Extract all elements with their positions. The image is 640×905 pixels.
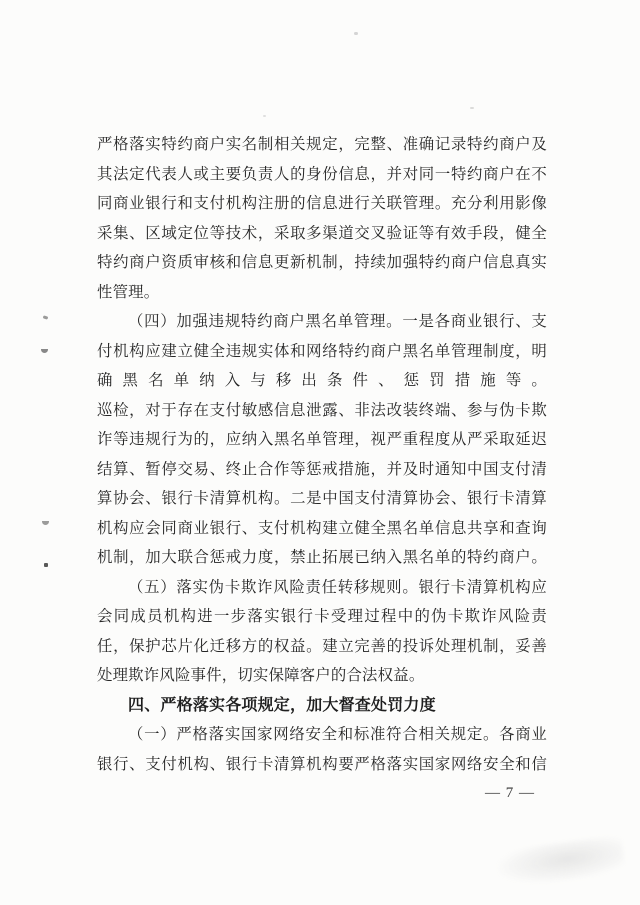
page-number: — 7 — [455,783,565,803]
text-line: 确黑名单纳入与移出条件、惩罚措施等。加强对特约商户的监测、 [97,366,547,396]
text-line: （五）落实伪卡欺诈风险责任转移规则。银行卡清算机构应 [97,573,547,603]
text-line: 算协会、银行卡清算机构。二是中国支付清算协会、银行卡清算 [97,484,547,514]
scan-speck [41,349,48,353]
text-line: 结算、暂停交易、终止合作等惩戒措施，并及时通知中国支付清 [97,455,547,485]
text-line: 特约商户资质审核和信息更新机制，持续加强特约商户信息真实 [97,248,547,278]
text-line: （四）加强违规特约商户黑名单管理。一是各商业银行、支 [97,307,547,337]
section-heading: 四、严格落实各项规定，加大督查处罚力度 [97,691,547,721]
text-line: 机构应会同商业银行、支付机构建立健全黑名单信息共享和查询 [97,514,547,544]
text-line: 银行、支付机构、银行卡清算机构要严格落实国家网络安全和信 [97,750,547,780]
text-line: 付机构应建立健全违规实体和网络特约商户黑名单管理制度，明 [97,337,547,367]
text-line: 任，保护芯片化迁移方的权益。建立完善的投诉处理机制，妥善 [97,632,547,662]
scan-smudge [496,834,626,889]
scan-speck [470,107,474,109]
text-line: （一）严格落实国家网络安全和标准符合相关规定。各商业 [97,720,547,750]
text-line: 同商业银行和支付机构注册的信息进行关联管理。充分利用影像 [97,189,547,219]
scan-speck [44,563,48,567]
scan-speck [263,115,266,117]
text-line: 其法定代表人或主要负责人的身份信息，并对同一特约商户在不 [97,160,547,190]
text-line: 诈等违规行为的，应纳入黑名单管理，视严重程度从严采取延迟 [97,425,547,455]
scanned-document-page: 严格落实特约商户实名制相关规定，完整、准确记录特约商户及其法定代表人或主要负责人… [0,0,640,905]
text-line: 会同成员机构进一步落实银行卡受理过程中的伪卡欺诈风险责 [97,602,547,632]
text-line: 严格落实特约商户实名制相关规定，完整、准确记录特约商户及 [97,130,547,160]
text-line: 采集、区域定位等技术，采取多渠道交叉验证等有效手段，健全 [97,219,547,249]
text-line: 机制，加大联合惩戒力度，禁止拓展已纳入黑名单的特约商户。 [97,543,547,573]
scan-speck [354,32,358,35]
text-line: 性管理。 [97,278,547,308]
scan-speck [42,521,49,525]
scan-speck [43,315,49,319]
document-body: 严格落实特约商户实名制相关规定，完整、准确记录特约商户及其法定代表人或主要负责人… [97,130,547,779]
text-line: 巡检，对于存在支付敏感信息泄露、非法改装终端、参与伪卡欺 [97,396,547,426]
text-line: 处理欺诈风险事件，切实保障客户的合法权益。 [97,661,547,691]
